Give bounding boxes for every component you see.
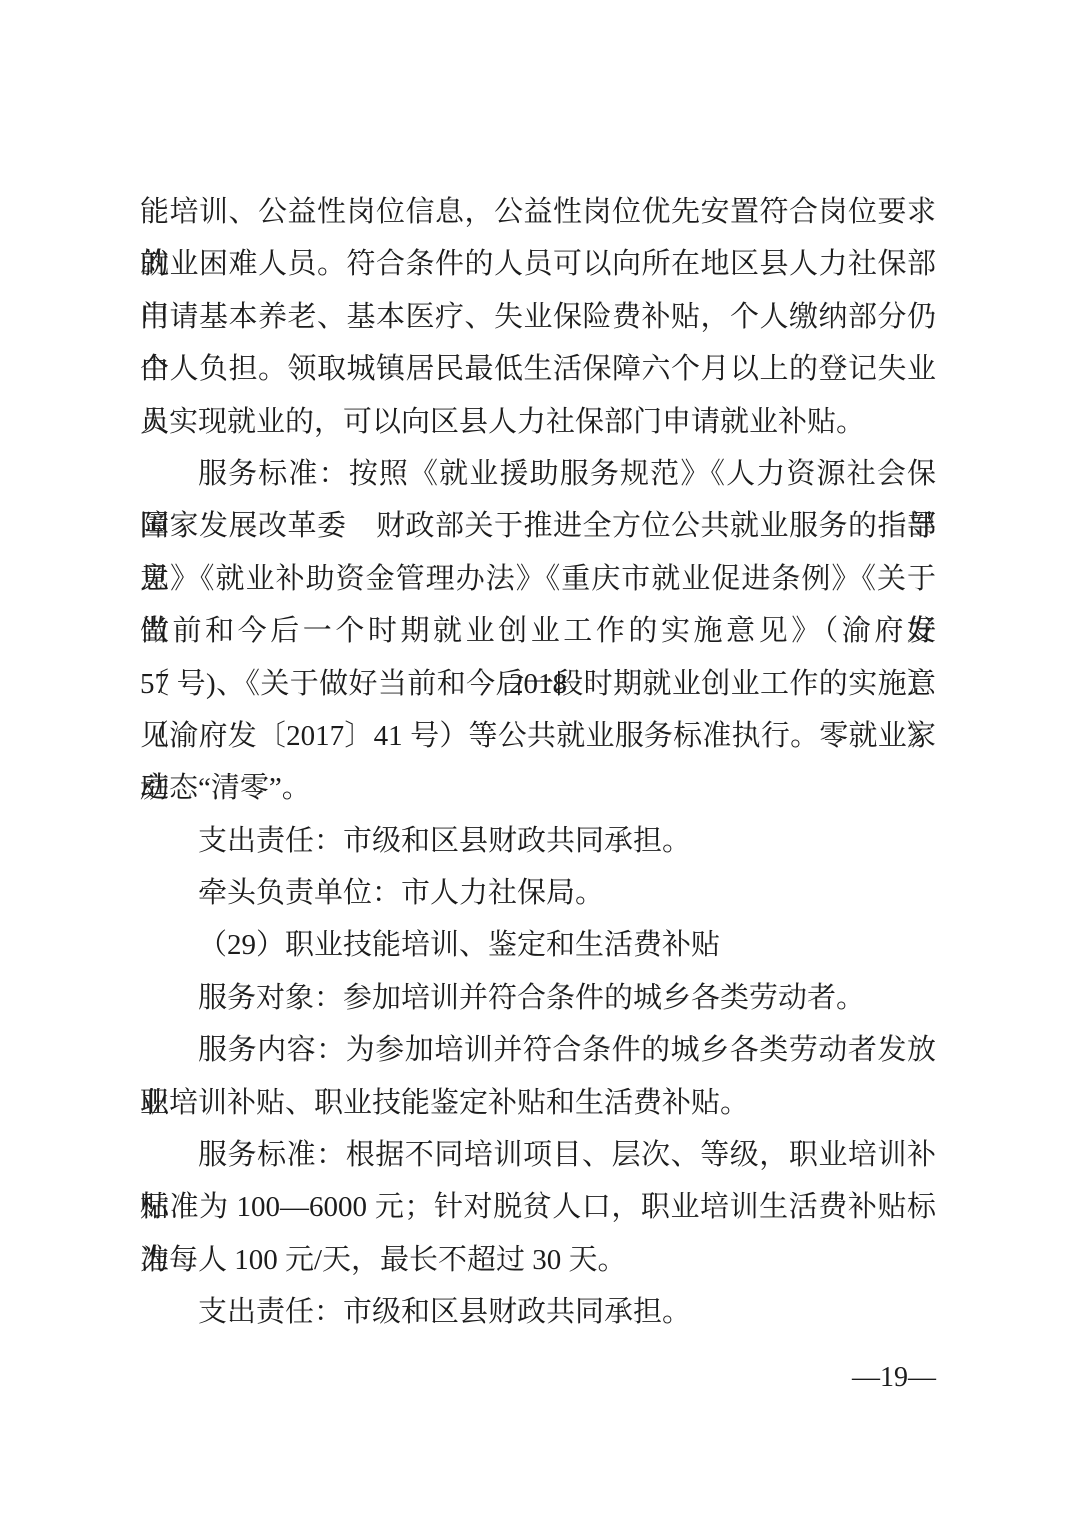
text-line: 牵头负责单位：市人力社保局。	[140, 867, 936, 919]
text-line: 服务标准：根据不同培训项目、层次、等级，职业培训补贴	[140, 1129, 936, 1181]
text-line: 动态“清零”。	[140, 762, 936, 814]
text-line: 服务对象：参加培训并符合条件的城乡各类劳动者。	[140, 972, 936, 1024]
document-page: 能培训、公益性岗位信息，公益性岗位优先安置符合岗位要求的就业困难人员。符合条件的…	[0, 0, 1074, 1520]
text-line: 支出责任：市级和区县财政共同承担。	[140, 1286, 936, 1338]
text-line: （渝府发〔2017〕41 号）等公共就业服务标准执行。零就业家庭	[140, 710, 936, 762]
text-line: 就业困难人员。符合条件的人员可以向所在地区县人力社保部门	[140, 238, 936, 290]
text-line: 57 号)、《关于做好当前和今后一段时期就业创业工作的实施意见》	[140, 658, 936, 710]
text-line: 能培训、公益性岗位信息，公益性岗位优先安置符合岗位要求的	[140, 186, 936, 238]
text-line: （29）职业技能培训、鉴定和生活费补贴	[140, 919, 936, 971]
text-line: 为每人 100 元/天，最长不超过 30 天。	[140, 1234, 936, 1286]
text-line: 员实现就业的，可以向区县人力社保部门申请就业补贴。	[140, 396, 936, 448]
text-line: 见》《就业补助资金管理办法》《重庆市就业促进条例》《关于做好	[140, 553, 936, 605]
text-line: 服务标准：按照《就业援助服务规范》《人力资源社会保障部	[140, 448, 936, 500]
text-line: 标准为 100—6000 元；针对脱贫人口，职业培训生活费补贴标准	[140, 1181, 936, 1233]
page-number: —19—	[852, 1352, 936, 1404]
text-line: 服务内容：为参加培训并符合条件的城乡各类劳动者发放职	[140, 1024, 936, 1076]
text-line: 申请基本养老、基本医疗、失业保险费补贴，个人缴纳部分仍由	[140, 291, 936, 343]
text-line: 国家发展改革委 财政部关于推进全方位公共就业服务的指导意	[140, 500, 936, 552]
text-line: 业培训补贴、职业技能鉴定补贴和生活费补贴。	[140, 1077, 936, 1129]
text-line: 个人负担。领取城镇居民最低生活保障六个月以上的登记失业人	[140, 343, 936, 395]
text-line: 当前和今后一个时期就业创业工作的实施意见》（渝府发〔2018〕	[140, 605, 936, 657]
text-line: 支出责任：市级和区县财政共同承担。	[140, 815, 936, 867]
document-body-text: 能培训、公益性岗位信息，公益性岗位优先安置符合岗位要求的就业困难人员。符合条件的…	[140, 186, 936, 1339]
